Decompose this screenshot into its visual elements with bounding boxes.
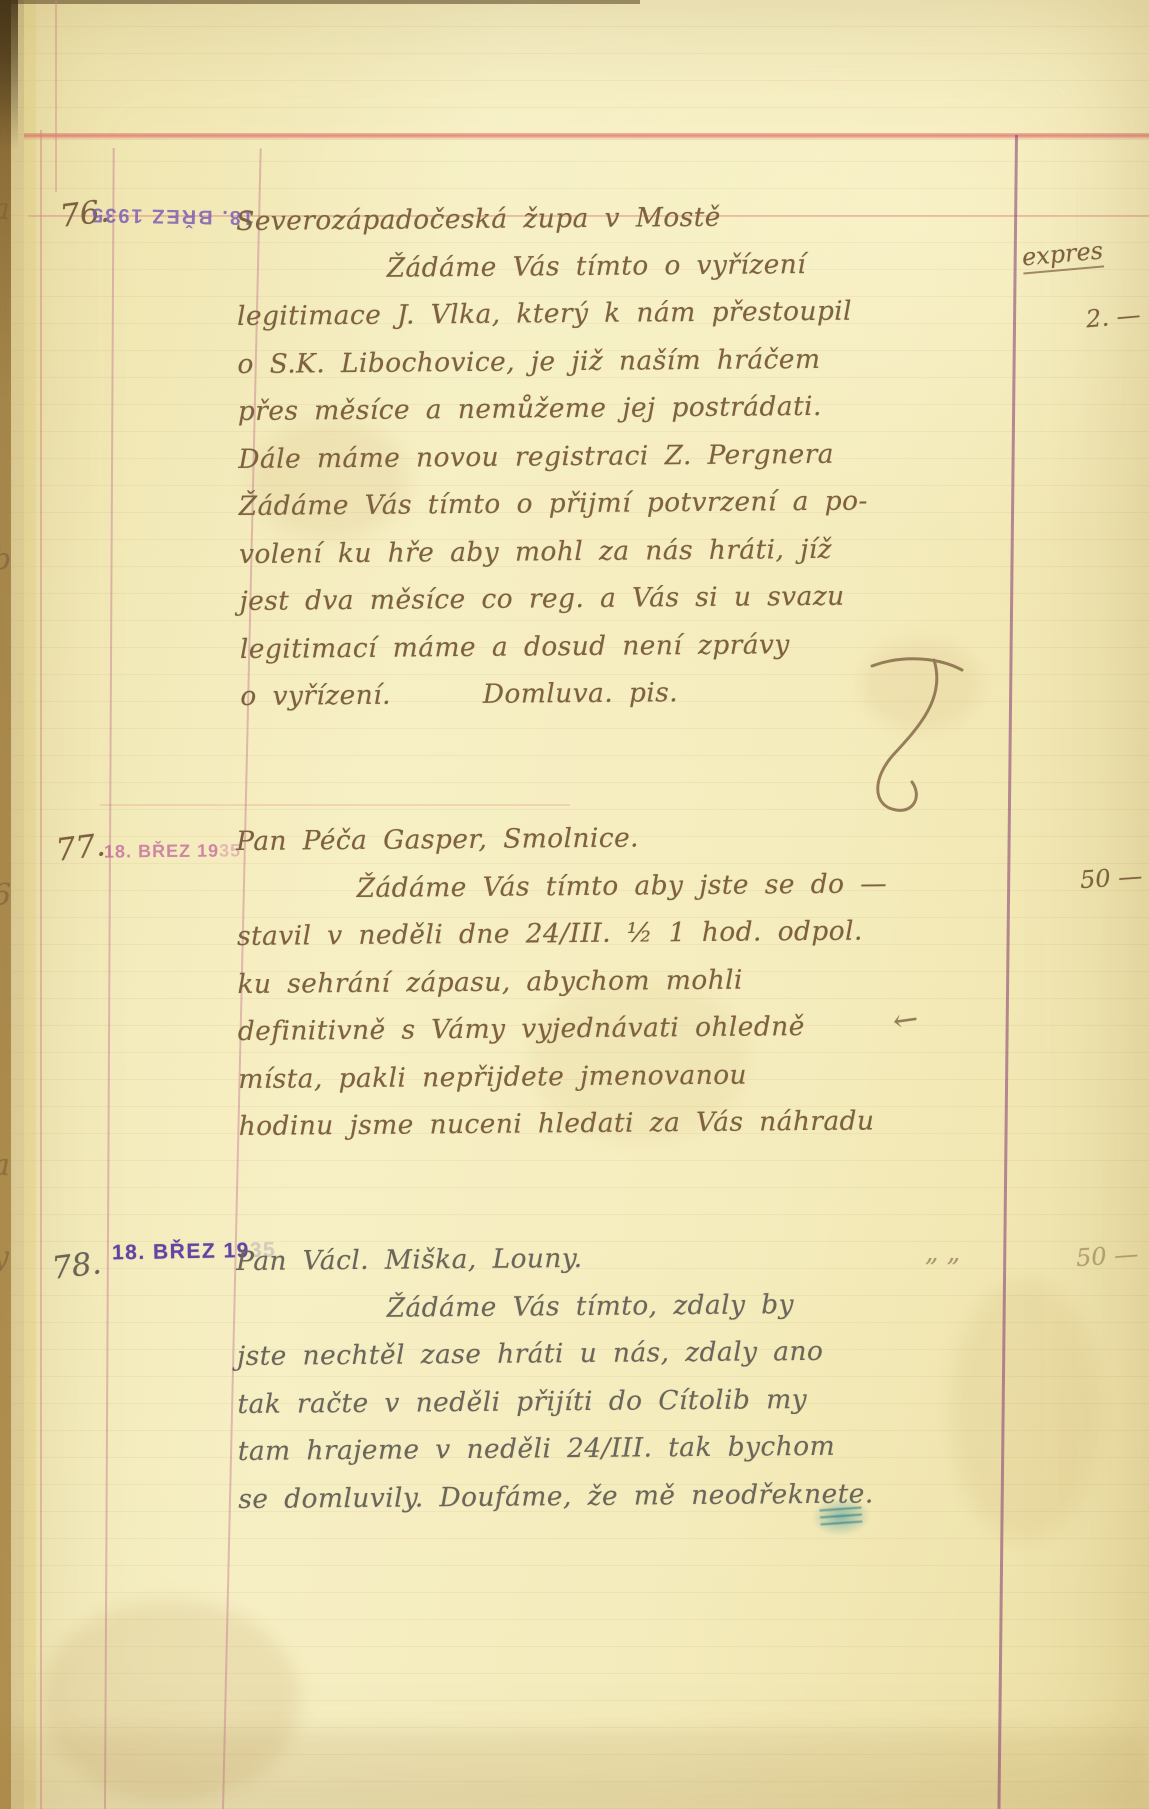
entry-77-line: Pan Péča Gasper, Smolnice. [236, 812, 887, 865]
entry-77-line: Žádáme Vás tímto aby jste se do — [236, 860, 887, 913]
vertical-rule-right-column [997, 135, 1018, 1809]
entry-76-line: volení ku hře aby mohl za nás hráti, jíž [239, 525, 868, 578]
entry-76-line: Žádáme Vás tímto o přijmí potvrzení a po… [238, 477, 867, 530]
edge-glyph: b [0, 542, 11, 577]
entry-78-line: Žádáme Vás tímto, zdaly by [236, 1280, 872, 1333]
margin-arrow-mark: ← [891, 1001, 921, 1039]
closing-attestation: Domluva. pis. [483, 677, 678, 710]
ledger-page-scan: a b 6 a y 76. 18. BŘEZ 1935 Severozápado… [0, 0, 1149, 1809]
paper-stain [0, 1730, 1149, 1809]
entry-78-line: se domluvily. Doufáme, že mě neodřeknete… [238, 1470, 874, 1523]
page-edge-left-band [11, 0, 24, 1809]
entry-78-line: tak račte v neděli přijíti do Cítolib my [237, 1375, 873, 1428]
entry-77-line: definitivně s Vámy vyjednávati ohledně [238, 1002, 889, 1055]
entry-77-line: ku sehrání zápasu, abychom mohli [237, 955, 888, 1008]
green-ink-smudge-stamp [811, 1496, 872, 1538]
entry-76-line: o S.K. Libochovice, je již naším hráčem [237, 335, 866, 388]
ruled-line-top-thick [24, 133, 1149, 138]
edge-glyph: 6 [0, 878, 11, 913]
date-stamp-text: 18. BŘEZ 19 [112, 1239, 250, 1264]
entry-number-77: 77. [54, 827, 107, 869]
entry-77-line: místa, pakli nepřijdete jmenovanou [238, 1050, 889, 1103]
signature-flourish [842, 650, 972, 830]
page-corner-top-left [0, 0, 18, 150]
entry-78-line: Pan Václ. Miška, Louny. [236, 1232, 872, 1285]
page-edge-top [0, 0, 640, 4]
ruled-line-mid-faint [100, 804, 570, 806]
paper-stain [950, 1280, 1100, 1540]
entry-78-line: jste nechtěl zase hráti u nás, zdaly ano [237, 1327, 873, 1380]
page-crease-left [24, 0, 36, 1809]
paper-stain [40, 1600, 300, 1800]
edge-glyph: y [0, 1240, 9, 1275]
entry-76-line: legitimací máme a dosud není zprávy [240, 620, 869, 673]
entry-number-78: 78. [50, 1245, 103, 1287]
vertical-rule-top-stub [55, 0, 57, 192]
entry-76-line: Severozápadočeská župa v Mostě [236, 193, 865, 246]
margin-note-fee-78: 50 — [1075, 1240, 1139, 1272]
entry-76-line: legitimace J. Vlka, který k nám přestoup… [237, 288, 866, 341]
closing-left: o vyřízení. [240, 680, 391, 712]
date-stamp-76-upside-down: 18. BŘEZ 1935 [92, 203, 254, 229]
entry-76-line: Dále máme novou registraci Z. Pergnera [238, 430, 867, 483]
entry-77: Pan Péča Gasper, Smolnice. Žádáme Vás tí… [236, 812, 889, 1150]
date-stamp-text: 18. BŘEZ 1935 [90, 204, 254, 229]
margin-note-fee-77: 50 — [1079, 862, 1143, 894]
entry-78: Pan Václ. Miška, Louny. Žádáme Vás tímto… [236, 1232, 874, 1523]
entry-76-line: jest dva měsíce co reg. a Vás si u svazu [239, 572, 868, 625]
entry-76-line: Žádáme Vás tímto o vyřízení [236, 240, 865, 293]
date-stamp-text: 18. BŘEZ 19 [104, 841, 219, 862]
entry-77-line: hodinu jsme nuceni hledati za Vás náhrad… [238, 1097, 889, 1150]
margin-ditto-marks: „ „ [925, 1238, 960, 1268]
entry-78-line: tam hrajeme v neděli 24/III. tak bychom [238, 1422, 874, 1475]
entry-76-closing: o vyřízení.Domluva. pis. [240, 667, 869, 720]
edge-glyph: a [0, 1148, 10, 1183]
entry-76-line: přes měsíce a nemůžeme jej postrádati. [238, 383, 867, 436]
margin-note-fee-76: 2. — [1085, 301, 1142, 334]
entry-77-line: stavil v neděli dne 24/III. ½ 1 hod. odp… [237, 907, 888, 960]
vertical-rule-left-margin [40, 130, 42, 1809]
entry-76: Severozápadočeská župa v Mostě Žádáme Vá… [236, 193, 870, 721]
date-stamp-77: 18. BŘEZ 1935 [104, 840, 241, 862]
vertical-rule-number-column [104, 148, 115, 1809]
margin-note-expres: expres [1021, 237, 1104, 275]
edge-glyph: a [0, 192, 10, 227]
